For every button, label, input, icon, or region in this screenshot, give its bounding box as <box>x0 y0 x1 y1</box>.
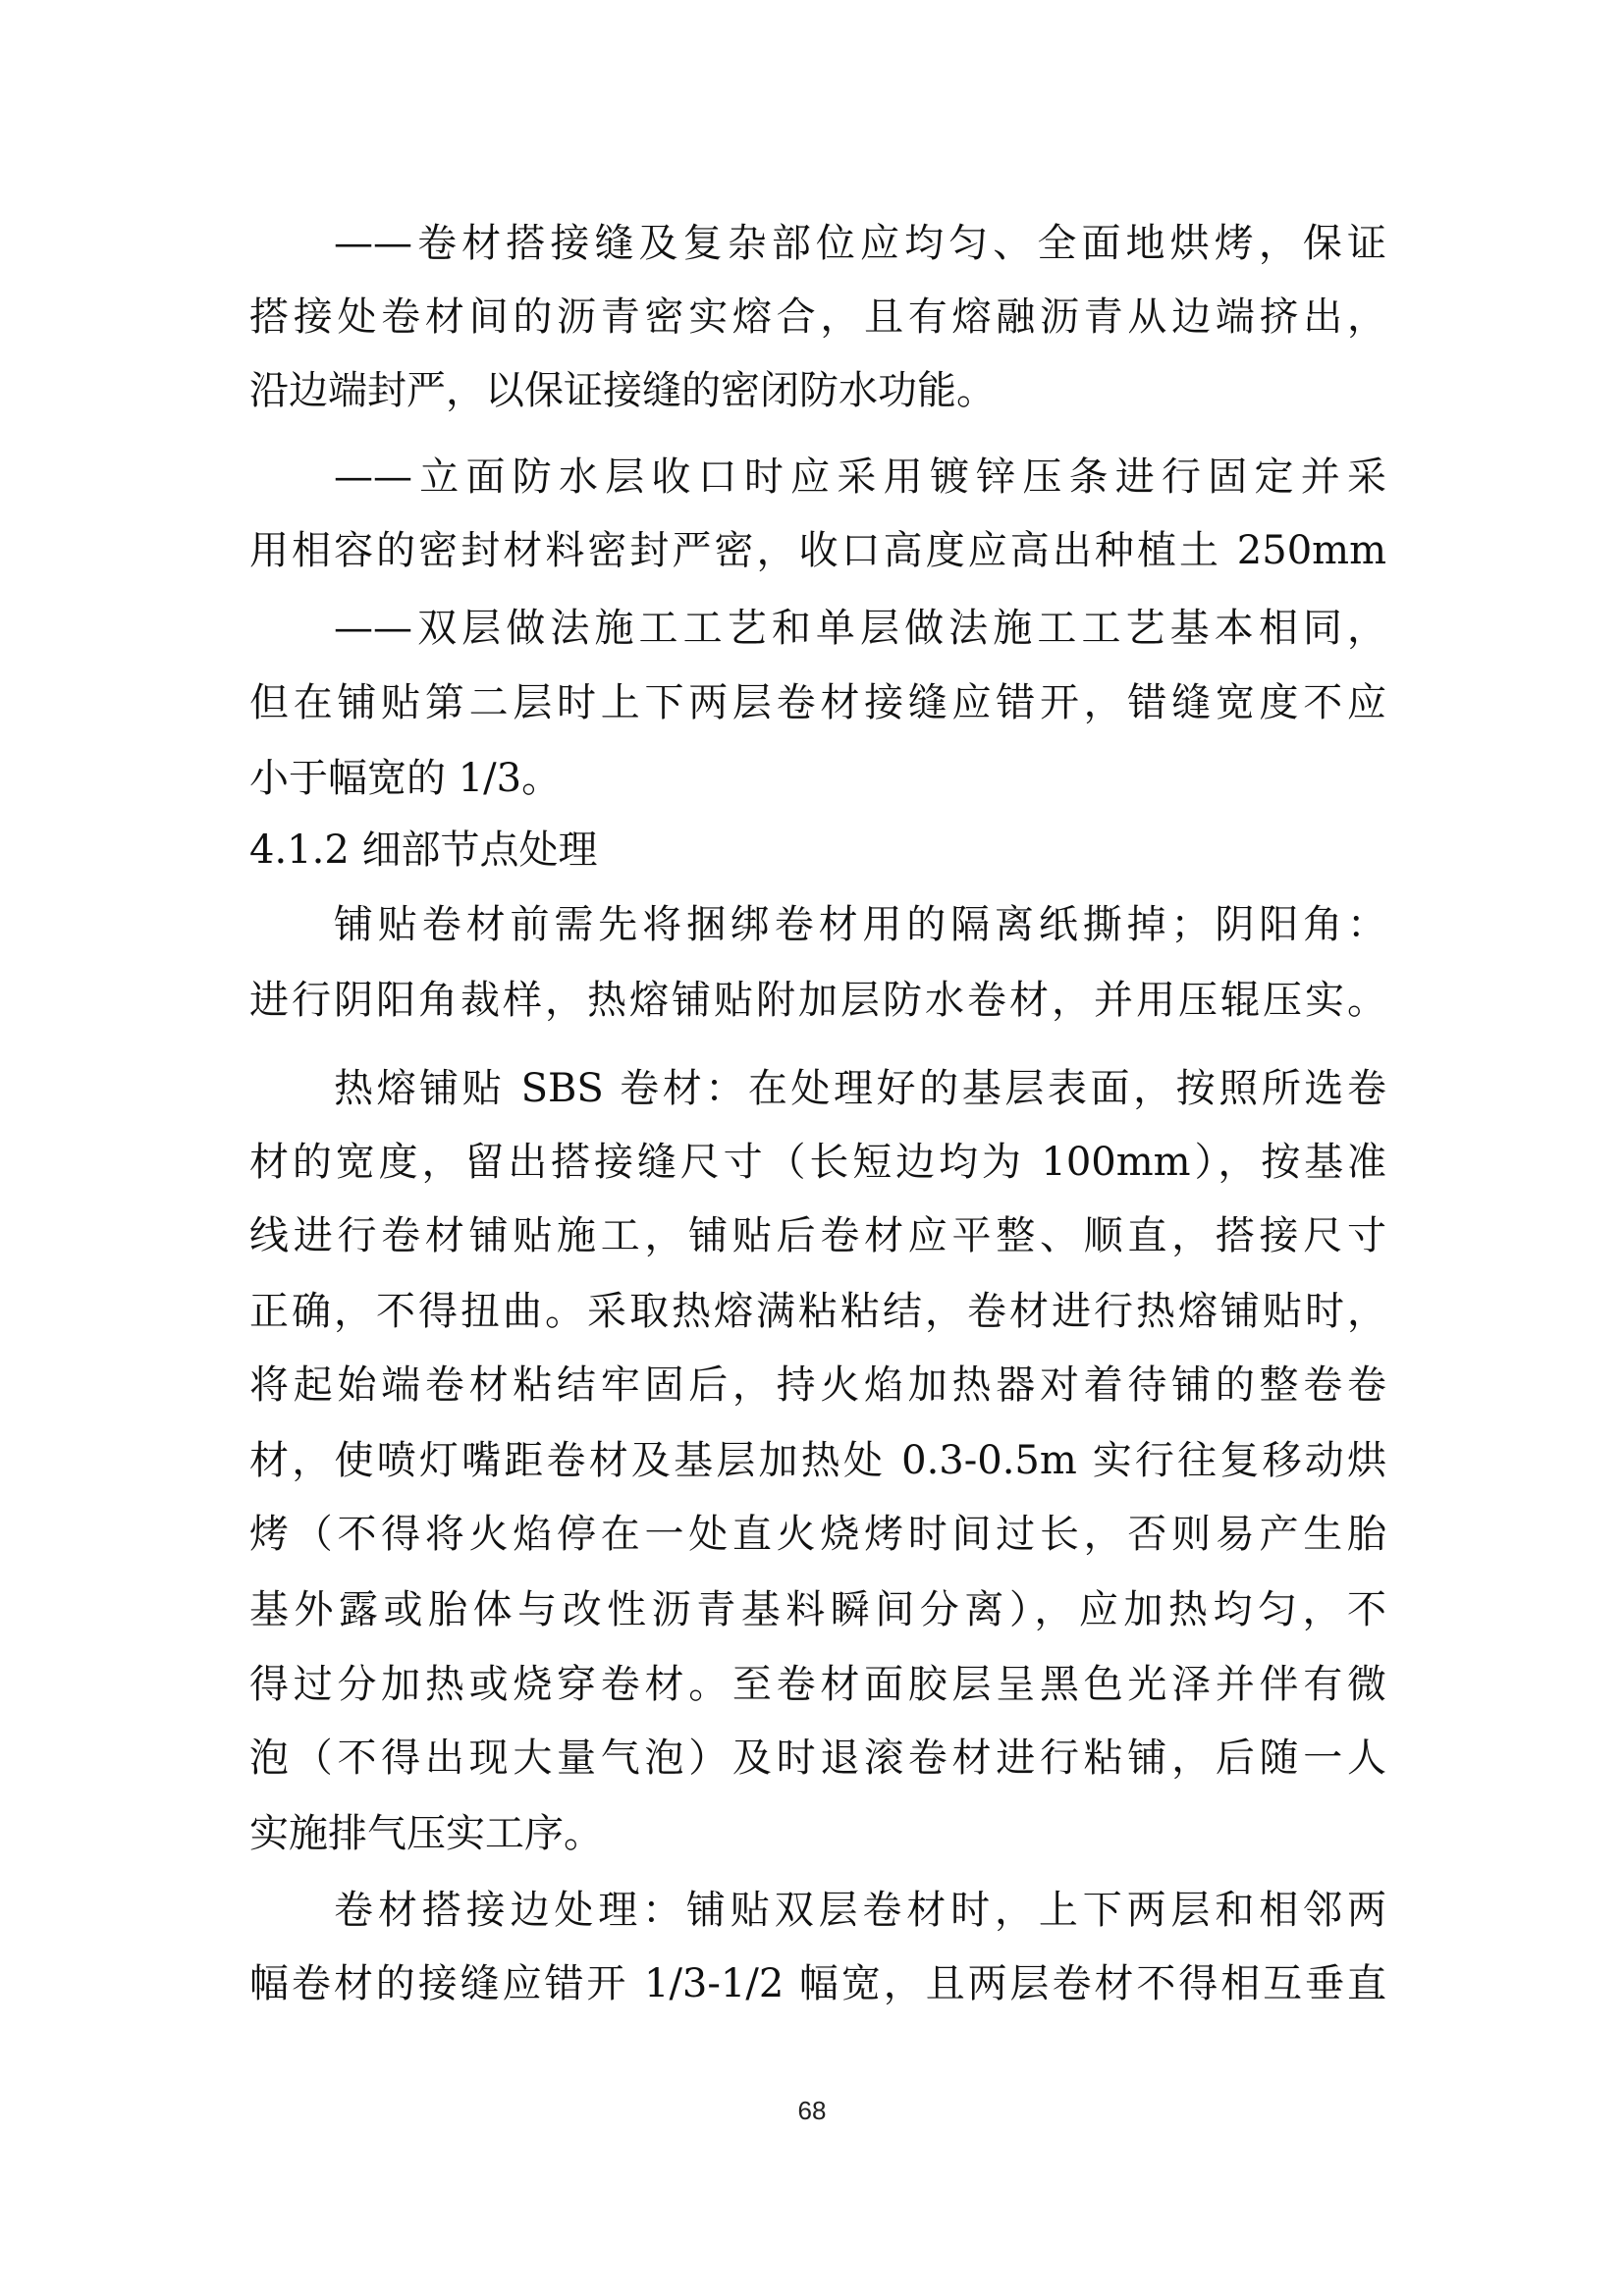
paragraph-1-line-2: 搭接处卷材间的沥青密实熔合，且有熔融沥青从边端挤出， <box>249 288 1386 347</box>
paragraph-6-line-1: 卷材搭接边处理：铺贴双层卷材时，上下两层和相邻两 <box>334 1881 1386 1940</box>
paragraph-2-line-2: 用相容的密封材料密封严密，收口高度应高出种植土 250mm <box>249 521 1386 580</box>
paragraph-5-line-6: 材，使喷灯嘴距卷材及基层加热处 0.3-0.5m 实行往复移动烘 <box>249 1431 1386 1490</box>
paragraph-3-line-2: 但在铺贴第二层时上下两层卷材接缝应错开，错缝宽度不应 <box>249 673 1386 732</box>
paragraph-5-line-8: 基外露或胎体与改性沥青基料瞬间分离），应加热均匀，不 <box>249 1580 1386 1639</box>
paragraph-5-line-10: 泡（不得出现大量气泡）及时退滚卷材进行粘铺，后随一人 <box>249 1729 1386 1788</box>
paragraph-3-line-1: ——双层做法施工工艺和单层做法施工工艺基本相同， <box>334 599 1386 658</box>
paragraph-5-line-11: 实施排气压实工序。 <box>249 1804 1386 1863</box>
paragraph-5-line-9: 得过分加热或烧穿卷材。至卷材面胶层呈黑色光泽并伴有微 <box>249 1655 1386 1714</box>
paragraph-5-line-2: 材的宽度，留出搭接缝尺寸（长短边均为 100mm），按基准 <box>249 1133 1386 1192</box>
section-heading: 4.1.2 细部节点处理 <box>249 821 598 880</box>
paragraph-3-line-3: 小于幅宽的 1/3。 <box>249 749 1386 808</box>
paragraph-5-line-4: 正确，不得扭曲。采取热熔满粘粘结，卷材进行热熔铺贴时， <box>249 1282 1386 1341</box>
paragraph-6-line-2: 幅卷材的接缝应错开 1/3-1/2 幅宽，且两层卷材不得相互垂直 <box>249 1954 1386 2013</box>
paragraph-2-line-1: ——立面防水层收口时应采用镀锌压条进行固定并采 <box>334 448 1386 507</box>
paragraph-4-line-1: 铺贴卷材前需先将捆绑卷材用的隔离纸撕掉；阴阳角： <box>334 895 1386 954</box>
paragraph-1-line-1: ——卷材搭接缝及复杂部位应均匀、全面地烘烤，保证 <box>334 214 1386 273</box>
page-number: 68 <box>0 2093 1624 2128</box>
paragraph-5-line-5: 将起始端卷材粘结牢固后，持火焰加热器对着待铺的整卷卷 <box>249 1356 1386 1415</box>
paragraph-4-line-2: 进行阴阳角裁样，热熔铺贴附加层防水卷材，并用压辊压实。 <box>249 971 1386 1030</box>
paragraph-5-line-7: 烤（不得将火焰停在一处直火烧烤时间过长，否则易产生胎 <box>249 1505 1386 1564</box>
paragraph-5-line-1: 热熔铺贴 SBS 卷材：在处理好的基层表面，按照所选卷 <box>334 1059 1386 1118</box>
paragraph-5-line-3: 线进行卷材铺贴施工，铺贴后卷材应平整、顺直，搭接尺寸 <box>249 1206 1386 1265</box>
document-page: ——卷材搭接缝及复杂部位应均匀、全面地烘烤，保证 搭接处卷材间的沥青密实熔合，且… <box>0 0 1624 2296</box>
paragraph-1-line-3: 沿边端封严，以保证接缝的密闭防水功能。 <box>249 361 1386 420</box>
